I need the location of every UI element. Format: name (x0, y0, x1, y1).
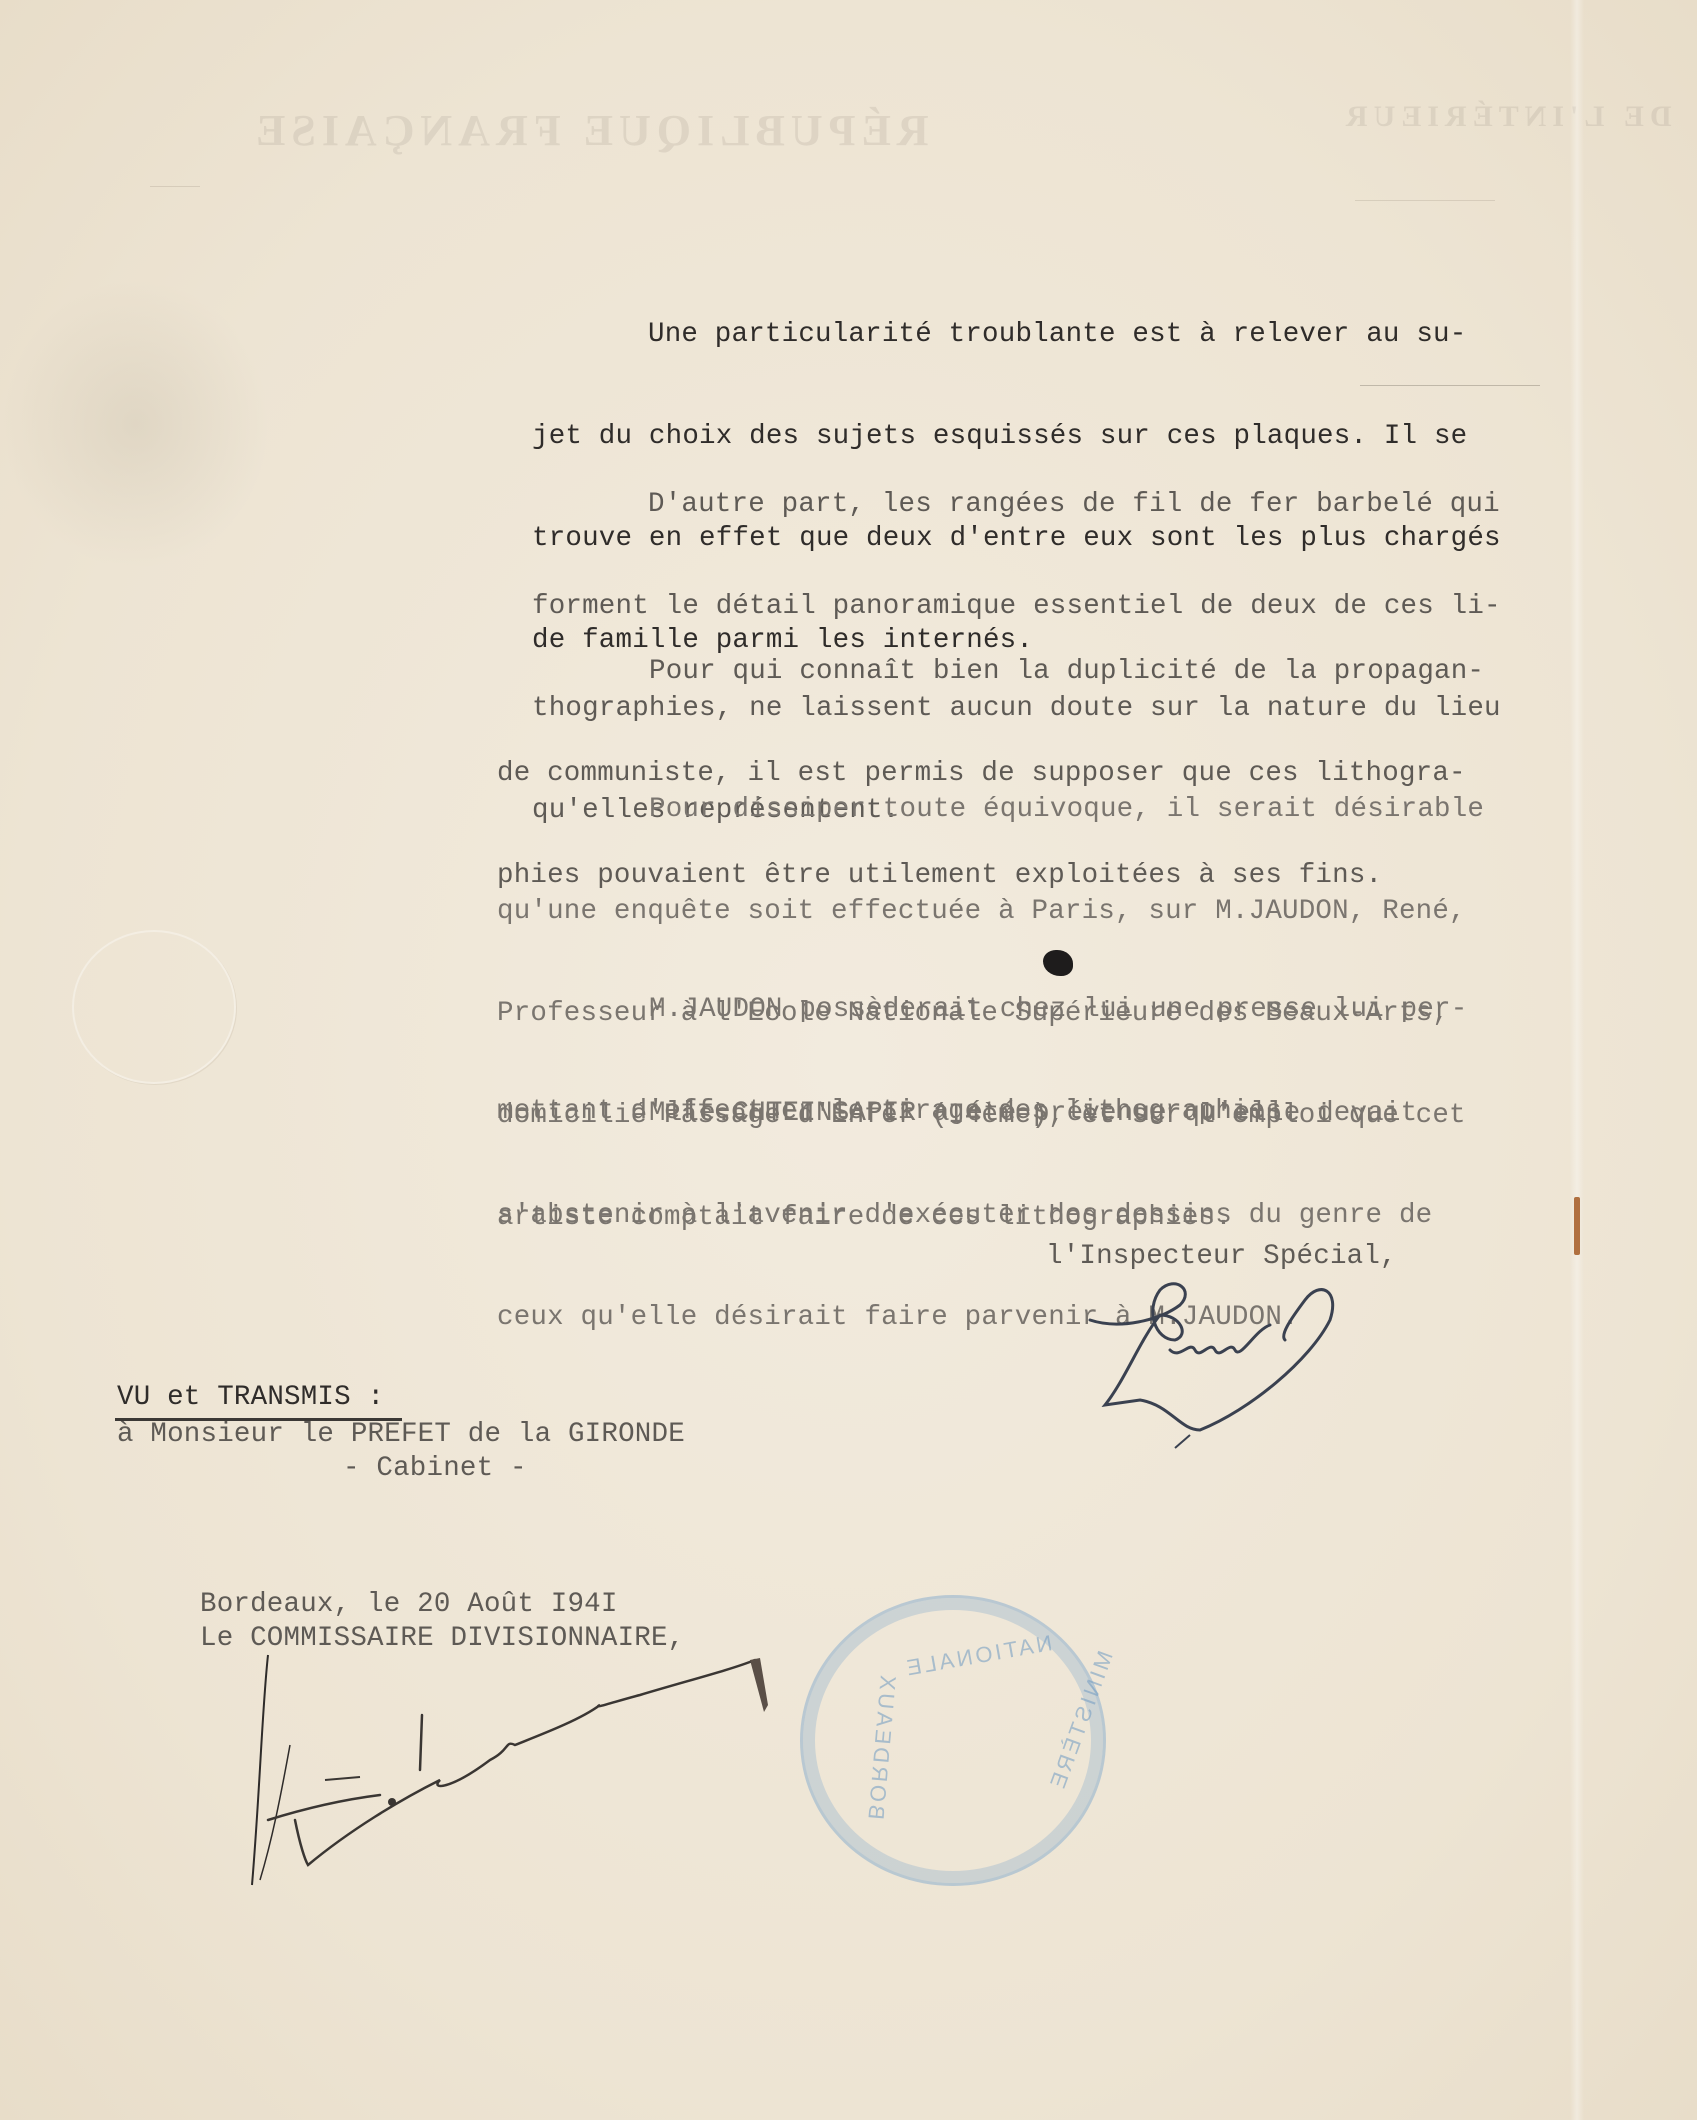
inspector-signature (1080, 1280, 1400, 1450)
paper-fold-crease (1570, 0, 1584, 2120)
paragraph-line: Pour qui connaît bien la duplicité de la… (649, 655, 1484, 689)
paragraph-line: D'autre part, les rangées de fil de fer … (648, 488, 1501, 522)
transmission-recipient: à Monsieur le PREFET de la GIRONDE (117, 1418, 685, 1452)
inspector-title: l'Inspecteur Spécial, (1046, 1240, 1397, 1274)
stamp-text: NATIONALE (902, 1630, 1054, 1682)
letterhead-show-through: RÉPUBLIQUE FRANÇAISE (250, 105, 929, 156)
paragraph-line: s'abstenir à l'avenir d'exécuter des des… (497, 1199, 1432, 1233)
letterhead-show-through-ministry: DE L'INTÉRIEUR (1340, 100, 1672, 134)
transmission-department: - Cabinet - (343, 1452, 527, 1486)
letterhead-rule (150, 186, 200, 187)
place-and-date: Bordeaux, le 20 Août I94I (200, 1588, 618, 1622)
transmission-heading-text: VU et TRANSMIS (117, 1382, 351, 1413)
official-stamp: NATIONALE MINISTÈRE BORDEAUX (800, 1595, 1106, 1886)
commissaire-signature (240, 1650, 860, 1890)
paragraph-line: M.JAUDON possèderait chez lui une presse… (649, 993, 1467, 1027)
embossed-seal (72, 930, 236, 1084)
letterhead-rule (1355, 200, 1495, 201)
paragraph-line: qu'une enquête soit effectuée à Paris, s… (497, 895, 1484, 929)
paragraph-line: Une particularité troublante est à relev… (648, 318, 1501, 352)
pen-stroke (1360, 385, 1540, 386)
paragraph-line: Pour dissiper toute équivoque, il serait… (649, 793, 1484, 827)
stamp-text: MINISTÈRE (1044, 1648, 1119, 1795)
paragraph-line: Mlle.CHTEINSAPIR a été prévenue qu'elle … (649, 1097, 1432, 1131)
transmission-heading-colon: : (351, 1382, 384, 1413)
transmission-heading: VU et TRANSMIS : (117, 1381, 384, 1415)
document-page: RÉPUBLIQUE FRANÇAISE DE L'INTÉRIEUR Une … (0, 0, 1697, 2120)
staple-mark (1574, 1197, 1580, 1255)
stamp-text: BORDEAUX (862, 1671, 901, 1820)
